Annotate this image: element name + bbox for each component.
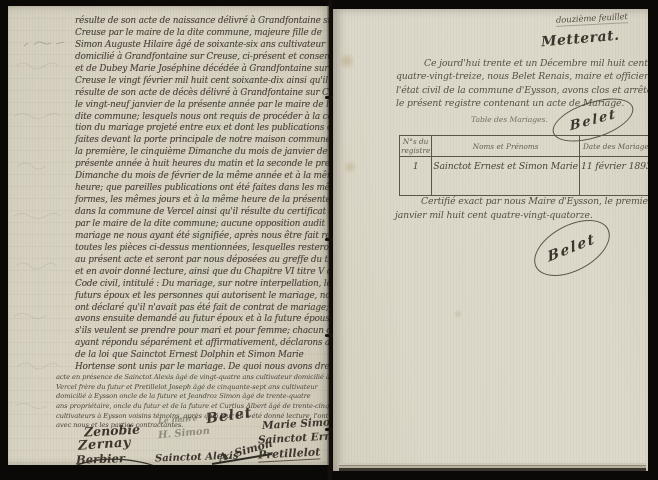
signature-witness: Sainctot Ernest	[258, 430, 329, 447]
manuscript-line: et de Dubey Marie Joséphine décédée à Gr…	[75, 64, 329, 76]
manuscript-line: Creuse par le maire de la dite commune, …	[75, 28, 329, 40]
certification-statement: Certifié exact par nous Maire d'Eysson, …	[395, 195, 648, 222]
manuscript-line: Dimanche du mois de février de la même a…	[75, 171, 329, 183]
manuscript-line: avons ensuite demandé au futur époux et …	[75, 314, 329, 326]
col-header-date: Date des Mariages	[579, 136, 648, 157]
closing-line: quatre-vingt-treize, nous Belet Renais, …	[396, 70, 648, 83]
witness-line: Vercel frère du futur et Pretillelot Jos…	[56, 383, 327, 393]
manuscript-line: résulte de son acte de naissance délivré…	[75, 16, 329, 28]
manuscript-line: Creuse le vingt février mil huit cent so…	[75, 76, 329, 88]
margin-pencil-mark	[22, 34, 68, 54]
manuscript-line: par le maire de la dite commune; aucune …	[75, 219, 329, 231]
show-through-ghost-text	[12, 46, 72, 426]
col-header-register-number: N°s du registre	[400, 136, 432, 157]
paper-stain	[343, 159, 357, 175]
manuscript-line: et en avoir donné lecture, ainsi que du …	[75, 267, 329, 279]
certification-line: Certifié exact par nous Maire d'Eysson, …	[395, 195, 648, 209]
closing-line: Ce jourd'hui trente et un Décembre mil h…	[396, 57, 648, 70]
left-page: résulte de son acte de naissance délivré…	[8, 6, 329, 465]
manuscript-line: futurs époux et les personnes qui autori…	[75, 291, 329, 303]
signature-witness: Berbier	[76, 451, 125, 465]
manuscript-line: s'ils veulent se prendre pour mari et po…	[75, 326, 329, 338]
manuscript-line: toutes les pièces ci-dessus mentionnées,…	[75, 243, 329, 255]
stacked-page-edges	[339, 463, 646, 471]
cell-register-number: 1	[400, 157, 432, 196]
closing-line: l'état civil de la commune d'Eysson, avo…	[396, 84, 648, 97]
manuscript-line: dite commune; lesquels nous ont requis d…	[75, 112, 329, 124]
manuscript-line: ont déclaré qu'il n'avait pas été fait d…	[75, 303, 329, 315]
witness-line: acte en présence de Sainctot Alexis âgé …	[56, 373, 327, 383]
manuscript-line: domicilié à Grandfontaine sur Creuse, ci…	[75, 52, 329, 64]
witness-line: domicilié à Eysson oncle de la future et…	[56, 392, 327, 402]
table-row: 1 Sainctot Ernest et Simon Marie 11 févr…	[400, 157, 649, 196]
certification-line: janvier mil huit cent quatre-vingt-quato…	[395, 209, 648, 223]
manuscript-line: résulte de son acte de décès délivré à G…	[75, 88, 329, 100]
marriage-index-table: N°s du registre Noms et Prénoms Date des…	[399, 135, 648, 196]
manuscript-line: ayant répondu séparément et affirmativem…	[75, 338, 329, 350]
paper-stain	[453, 309, 463, 319]
registrar-name-note: Metterat.	[541, 28, 621, 51]
col-header-names: Noms et Prénoms	[432, 136, 580, 157]
manuscript-line: Simon Auguste Hilaire âgé de soixante-si…	[75, 40, 329, 52]
cell-names: Sainctot Ernest et Simon Marie	[432, 157, 580, 196]
mayor-signature-text: Belet	[569, 106, 617, 134]
manuscript-line: tion du mariage projeté entre eux et don…	[75, 123, 329, 135]
mayor-signature-text: Belet	[547, 230, 598, 265]
manuscript-line: au présent acte et seront par nous dépos…	[75, 255, 329, 267]
manuscript-line: présente année à huit heures du matin et…	[75, 159, 329, 171]
manuscript-line: dans la commune de Vercel ainsi qu'il ré…	[75, 207, 329, 219]
cell-date: 11 février 1893.	[579, 157, 648, 196]
table-header-row: N°s du registre Noms et Prénoms Date des…	[400, 136, 649, 157]
witness-line: ans propriétaire, oncle du futur et de l…	[56, 402, 327, 412]
manuscript-body: résulte de son acte de naissance délivré…	[75, 16, 329, 374]
manuscript-line: de la loi que Sainctot Ernest Dolphin et…	[75, 350, 329, 362]
manuscript-line: mariage ne nous ayant été signifiée, apr…	[75, 231, 329, 243]
right-page: douzième feuillet Metterat. Ce jourd'hui…	[333, 9, 648, 471]
manuscript-line: formes, les mêmes jours et à la même heu…	[75, 195, 329, 207]
signature-witness: Pretillelot	[258, 445, 321, 462]
manuscript-line: faites devant la porte principale de not…	[75, 135, 329, 147]
archival-scan: résulte de son acte de naissance délivré…	[0, 0, 658, 480]
manuscript-line: le vingt-neuf janvier de la présente ann…	[75, 100, 329, 112]
table-caption: Table des Mariages.	[471, 115, 548, 124]
manuscript-line: Code civil, intitulé : Du mariage, sur n…	[75, 279, 329, 291]
folio-corner-note: douzième feuillet	[556, 12, 628, 27]
manuscript-line: heure; que pareilles publications ont ét…	[75, 183, 329, 195]
paper-stain	[339, 51, 355, 71]
manuscript-line: la première, le cinquième Dimanche du mo…	[75, 147, 329, 159]
